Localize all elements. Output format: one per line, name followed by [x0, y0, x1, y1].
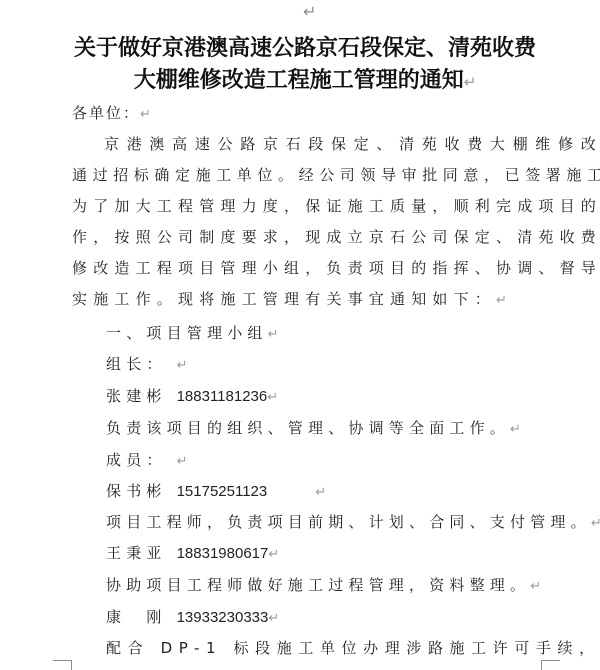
member-contact: 康 刚 13933230333↵ [106, 606, 279, 628]
member-duty: 项目工程师，负责项目前期、计划、合同、支付管理。↵ [106, 511, 600, 533]
paragraph-mark-icon: ↵ [464, 73, 477, 91]
leader-contact: 张建彬 18831181236↵ [106, 385, 278, 407]
paragraph-mark-icon: ↵ [140, 107, 151, 122]
paragraph-mark-icon: ↵ [267, 390, 278, 405]
paragraph-line: 作，按照公司制度要求，现成立京石公司保定、清苑收费大棚维 [72, 226, 600, 248]
paragraph-mark-icon: ↵ [496, 293, 507, 308]
paragraph-mark-icon: ↵ [315, 485, 326, 500]
page-margin-corner-mark [53, 660, 72, 670]
members-label: 成员： ↵ [106, 449, 187, 471]
document-title-line-1: 关于做好京港澳高速公路京石段保定、清苑收费 [60, 32, 550, 64]
document-title-line-2: 大棚维修改造工程施工管理的通知↵ [60, 64, 550, 98]
paragraph-mark-icon: ↵ [303, 2, 316, 21]
paragraph-mark-icon: ↵ [530, 579, 541, 594]
paragraph-mark-icon: ↵ [177, 358, 188, 373]
page-margin-corner-mark [541, 660, 560, 670]
member-duty: 协助项目工程师做好施工过程管理，资料整理。↵ [106, 574, 541, 596]
section-heading: 一、项目管理小组↵ [106, 322, 279, 344]
phone-number: 15175251123 [177, 483, 268, 500]
paragraph-line: 为了加大工程管理力度，保证施工质量，顺利完成项目的实施工 [72, 195, 600, 217]
paragraph-mark-icon: ↵ [268, 547, 279, 562]
member-duty: 配合 DP-1 标段施工单位办理涉路施工许可手续，切实履行 [106, 637, 600, 659]
paragraph-line: 修改造工程项目管理小组，负责项目的指挥、协调、督导和具体 [72, 257, 600, 279]
leader-duty: 负责该项目的组织、管理、协调等全面工作。↵ [106, 417, 521, 439]
phone-number: 18831980617 [177, 545, 269, 562]
salutation: 各单位：↵ [72, 102, 151, 124]
paragraph-mark-icon: ↵ [591, 516, 600, 531]
phone-number: 13933230333 [177, 609, 269, 626]
paragraph-line-last: 实施工作。现将施工管理有关事宜通知如下：↵ [72, 288, 507, 310]
leader-label: 组长： ↵ [106, 353, 187, 375]
paragraph-mark-icon: ↵ [268, 327, 279, 342]
paragraph-mark-icon: ↵ [177, 454, 188, 469]
paragraph-mark-icon: ↵ [268, 611, 279, 626]
paragraph-line: 京港澳高速公路京石段保定、清苑收费大棚维修改造工程已 [104, 133, 600, 155]
phone-number: 18831181236 [177, 388, 268, 405]
paragraph-mark-icon: ↵ [510, 422, 521, 437]
member-contact: 王秉亚 18831980617↵ [106, 542, 279, 564]
paragraph-line: 通过招标确定施工单位。经公司领导审批同意，已签署施工合同， [72, 164, 600, 186]
member-contact: 保书彬 15175251123↵ [106, 480, 326, 502]
